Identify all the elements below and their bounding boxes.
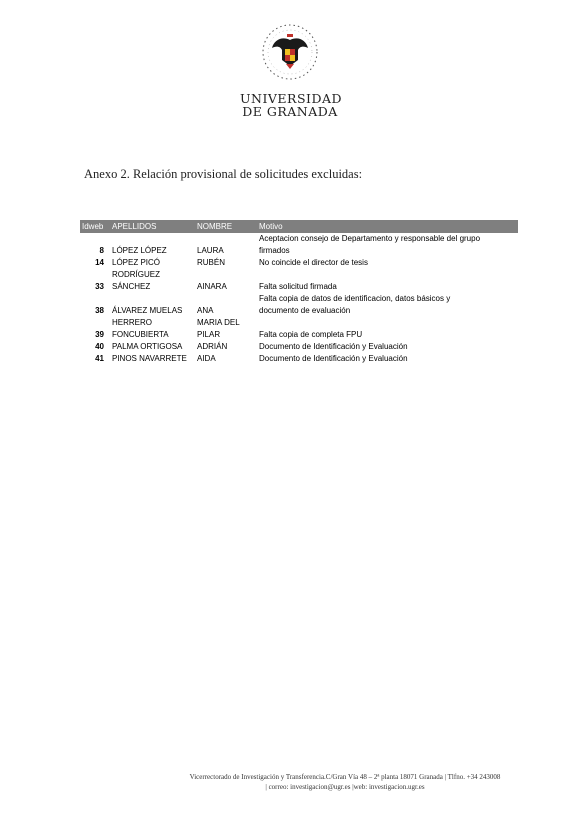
cell-text bbox=[197, 293, 259, 305]
cell-text: ANA bbox=[197, 305, 259, 317]
cell-motivo: Falta solicitud firmada bbox=[259, 281, 518, 293]
university-name: UNIVERSIDAD DE GRANADA bbox=[240, 92, 340, 118]
column-header-motivo: Motivo bbox=[259, 220, 518, 233]
cell-idweb: 38 bbox=[80, 293, 110, 329]
cell-text bbox=[80, 317, 104, 329]
cell-text: Aceptacion consejo de Departamento y res… bbox=[259, 233, 518, 245]
cell-text: LÓPEZ LÓPEZ bbox=[112, 245, 197, 257]
cell-text: No coincide el director de tesis bbox=[259, 257, 518, 269]
cell-nombre: AINARA bbox=[197, 281, 259, 293]
cell-text: RODRÍGUEZ bbox=[112, 269, 197, 281]
cell-motivo: Falta copia de datos de identificacion, … bbox=[259, 293, 518, 329]
cell-apellidos: FONCUBIERTA bbox=[110, 329, 197, 341]
cell-nombre: AIDA bbox=[197, 353, 259, 365]
column-header-apellidos: APELLIDOS bbox=[110, 220, 197, 233]
cell-text: LÓPEZ PICÓ bbox=[112, 257, 197, 269]
cell-nombre: ANAMARIA DEL bbox=[197, 293, 259, 329]
cell-text: SÁNCHEZ bbox=[112, 281, 197, 293]
cell-idweb: 40 bbox=[80, 341, 110, 353]
cell-text bbox=[80, 293, 104, 305]
cell-motivo: No coincide el director de tesis bbox=[259, 257, 518, 281]
table-row: 33SÁNCHEZAINARAFalta solicitud firmada bbox=[80, 281, 518, 293]
cell-text bbox=[197, 269, 259, 281]
table-row: 14 LÓPEZ PICÓRODRÍGUEZRUBÉN No coincide … bbox=[80, 257, 518, 281]
cell-text: 39 bbox=[80, 329, 104, 341]
cell-text: Documento de Identificación y Evaluación bbox=[259, 341, 518, 353]
cell-text: PALMA ORTIGOSA bbox=[112, 341, 197, 353]
cell-text bbox=[112, 233, 197, 245]
university-name-line2: DE GRANADA bbox=[240, 105, 340, 118]
cell-nombre: ADRIÁN bbox=[197, 341, 259, 353]
table-row: 39FONCUBIERTAPILARFalta copia de complet… bbox=[80, 329, 518, 341]
cell-text: firmados bbox=[259, 245, 518, 257]
cell-idweb: 39 bbox=[80, 329, 110, 341]
cell-text: 41 bbox=[80, 353, 104, 365]
column-header-nombre: NOMBRE bbox=[197, 220, 259, 233]
cell-apellidos: PALMA ORTIGOSA bbox=[110, 341, 197, 353]
table-row: 8 LÓPEZ LÓPEZ LAURAAceptacion consejo de… bbox=[80, 233, 518, 257]
cell-text: 33 bbox=[80, 281, 104, 293]
cell-idweb: 14 bbox=[80, 257, 110, 281]
cell-text: RUBÉN bbox=[197, 257, 259, 269]
page-footer: Vicerrectorado de Investigación y Transf… bbox=[150, 772, 540, 792]
cell-text: Documento de Identificación y Evaluación bbox=[259, 353, 518, 365]
column-header-idweb: Idweb bbox=[80, 220, 110, 233]
cell-idweb: 33 bbox=[80, 281, 110, 293]
cell-text: Falta copia de datos de identificacion, … bbox=[259, 293, 518, 305]
cell-text bbox=[112, 293, 197, 305]
cell-text: Falta solicitud firmada bbox=[259, 281, 518, 293]
footer-address: Vicerrectorado de Investigación y Transf… bbox=[150, 772, 540, 782]
cell-apellidos: ÁLVAREZ MUELASHERRERO bbox=[110, 293, 197, 329]
cell-text bbox=[259, 317, 518, 329]
cell-idweb: 8 bbox=[80, 233, 110, 257]
cell-apellidos: LÓPEZ LÓPEZ bbox=[110, 233, 197, 257]
cell-apellidos: LÓPEZ PICÓRODRÍGUEZ bbox=[110, 257, 197, 281]
cell-text: PILAR bbox=[197, 329, 259, 341]
cell-text bbox=[80, 269, 104, 281]
cell-text: FONCUBIERTA bbox=[112, 329, 197, 341]
cell-text: documento de evaluación bbox=[259, 305, 518, 317]
cell-text bbox=[259, 269, 518, 281]
cell-text: AIDA bbox=[197, 353, 259, 365]
university-logo: UNIVERSIDAD DE GRANADA bbox=[240, 22, 340, 118]
cell-text: MARIA DEL bbox=[197, 317, 259, 329]
cell-nombre: LAURA bbox=[197, 233, 259, 257]
cell-idweb: 41 bbox=[80, 353, 110, 365]
cell-text: 38 bbox=[80, 305, 104, 317]
cell-nombre: RUBÉN bbox=[197, 257, 259, 281]
excluded-applications-table: Idweb APELLIDOS NOMBRE Motivo 8 LÓPEZ LÓ… bbox=[80, 220, 518, 365]
table-row: 41PINOS NAVARRETEAIDADocumento de Identi… bbox=[80, 353, 518, 365]
cell-text: HERRERO bbox=[112, 317, 197, 329]
university-seal-icon bbox=[260, 22, 320, 82]
cell-text: AINARA bbox=[197, 281, 259, 293]
cell-text: PINOS NAVARRETE bbox=[112, 353, 197, 365]
cell-text: ÁLVAREZ MUELAS bbox=[112, 305, 197, 317]
cell-motivo: Falta copia de completa FPU bbox=[259, 329, 518, 341]
table-body: 8 LÓPEZ LÓPEZ LAURAAceptacion consejo de… bbox=[80, 233, 518, 365]
cell-motivo: Aceptacion consejo de Departamento y res… bbox=[259, 233, 518, 257]
cell-text bbox=[197, 233, 259, 245]
table-row: 40PALMA ORTIGOSAADRIÁNDocumento de Ident… bbox=[80, 341, 518, 353]
footer-contact: | correo: investigacion@ugr.es |web: inv… bbox=[150, 782, 540, 792]
cell-motivo: Documento de Identificación y Evaluación bbox=[259, 353, 518, 365]
cell-text: Falta copia de completa FPU bbox=[259, 329, 518, 341]
cell-nombre: PILAR bbox=[197, 329, 259, 341]
annex-title: Anexo 2. Relación provisional de solicit… bbox=[84, 167, 362, 182]
cell-text: ADRIÁN bbox=[197, 341, 259, 353]
cell-apellidos: PINOS NAVARRETE bbox=[110, 353, 197, 365]
cell-text: LAURA bbox=[197, 245, 259, 257]
cell-apellidos: SÁNCHEZ bbox=[110, 281, 197, 293]
cell-text bbox=[80, 233, 104, 245]
cell-text: 14 bbox=[80, 257, 104, 269]
cell-text: 40 bbox=[80, 341, 104, 353]
cell-text: 8 bbox=[80, 245, 104, 257]
table-row: 38 ÁLVAREZ MUELASHERRERO ANAMARIA DELFal… bbox=[80, 293, 518, 329]
table-header: Idweb APELLIDOS NOMBRE Motivo bbox=[80, 220, 518, 233]
cell-motivo: Documento de Identificación y Evaluación bbox=[259, 341, 518, 353]
